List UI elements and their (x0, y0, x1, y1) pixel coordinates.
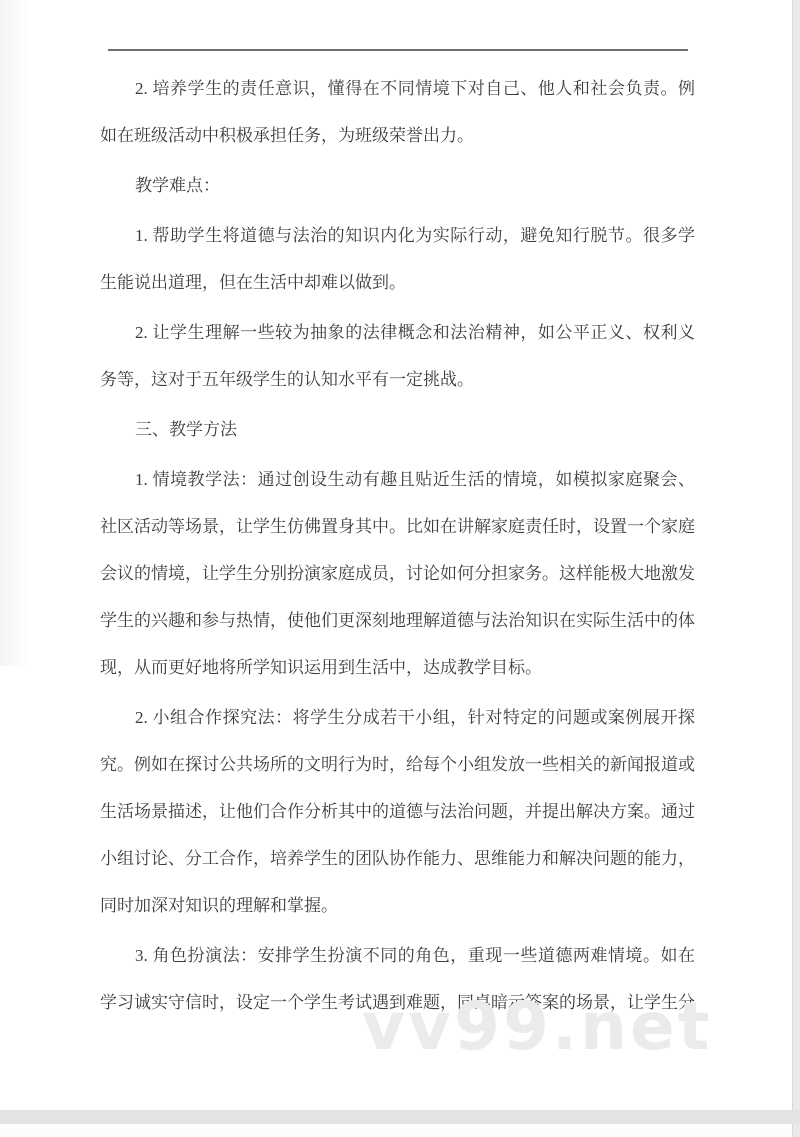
paragraph: 3. 角色扮演法：安排学生扮演不同的角色，重现一些道德两难情境。如在学习诚实守信… (100, 932, 695, 1026)
paragraph: 2. 让学生理解一些较为抽象的法律概念和法治精神，如公平正义、权利义务等，这对于… (100, 309, 695, 403)
page-content: 2. 培养学生的责任意识，懂得在不同情境下对自己、他人和社会负责。例如在班级活动… (100, 65, 695, 1029)
paragraph: 1. 情境教学法：通过创设生动有趣且贴近生活的情境，如模拟家庭聚会、社区活动等场… (100, 456, 695, 691)
paragraph: 教学难点： (100, 162, 695, 209)
document-viewer: 2. 培养学生的责任意识，懂得在不同情境下对自己、他人和社会负责。例如在班级活动… (0, 0, 800, 1137)
next-page-top-edge (0, 1124, 793, 1137)
paragraph: 2. 培养学生的责任意识，懂得在不同情境下对自己、他人和社会负责。例如在班级活动… (100, 65, 695, 159)
document-page: 2. 培养学生的责任意识，懂得在不同情境下对自己、他人和社会负责。例如在班级活动… (0, 0, 793, 1110)
paragraph: 三、教学方法 (100, 406, 695, 453)
page-gap (0, 1110, 800, 1124)
paragraph: 1. 帮助学生将道德与法治的知识内化为实际行动，避免知行脱节。很多学生能说出道理… (100, 212, 695, 306)
separator-line (108, 49, 688, 51)
paragraph: 2. 小组合作探究法：将学生分成若干小组，针对特定的问题或案例展开探究。例如在探… (100, 694, 695, 929)
